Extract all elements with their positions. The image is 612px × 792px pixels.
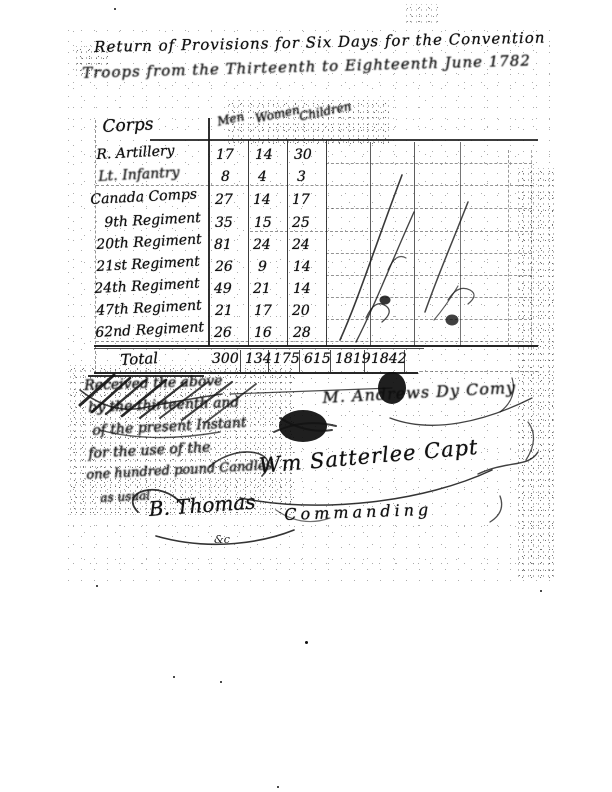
diagonal-ink-strokes <box>330 150 530 350</box>
signature-ink-flourishes <box>60 360 560 560</box>
cell-women: 21 <box>253 281 271 297</box>
cell-men: 8 <box>221 169 230 185</box>
cell-children: 14 <box>293 259 311 275</box>
table-vline-4 <box>326 140 327 346</box>
table-vline-2 <box>248 140 249 346</box>
cell-women: 14 <box>253 192 271 208</box>
cell-women: 14 <box>255 147 273 163</box>
scanned-document-page: Return of Provisions for Six Days for th… <box>0 0 612 792</box>
cell-men: 27 <box>215 192 233 208</box>
corps-name: 47th Regiment <box>96 297 202 318</box>
corps-name: R. Artillery <box>96 143 175 163</box>
cell-women: 15 <box>254 215 272 231</box>
cell-men: 17 <box>216 147 234 163</box>
cell-men: 26 <box>215 259 233 275</box>
cell-children: 28 <box>293 325 311 341</box>
cell-children: 14 <box>293 281 311 297</box>
corps-name: Lt. Infantry <box>98 165 180 185</box>
cell-children: 17 <box>292 192 310 208</box>
cell-women: 16 <box>254 325 272 341</box>
scan-speck <box>305 641 308 644</box>
cell-men: 81 <box>214 237 232 253</box>
table-col-header-children: Children <box>298 99 353 124</box>
cell-men: 21 <box>215 303 233 319</box>
scan-speck <box>540 590 542 592</box>
scan-speck <box>96 585 98 587</box>
corps-name: 24th Regiment <box>94 275 200 296</box>
cell-men: 26 <box>214 325 232 341</box>
table-corps-header: Corps <box>102 114 154 137</box>
scan-speck <box>277 786 279 788</box>
cell-children: 30 <box>294 147 312 163</box>
table-vline-9 <box>531 150 532 350</box>
cell-children: 25 <box>292 215 310 231</box>
corps-name: 62nd Regiment <box>95 319 204 341</box>
cell-women: 4 <box>258 169 267 185</box>
cell-men: 35 <box>215 215 233 231</box>
cell-women: 17 <box>254 303 272 319</box>
scan-noise-top-right <box>406 4 440 26</box>
cell-women: 24 <box>253 237 271 253</box>
cell-children: 20 <box>292 303 310 319</box>
cell-women: 9 <box>258 259 267 275</box>
document-title-line1: Return of Provisions for Six Days for th… <box>94 29 546 56</box>
cell-men: 49 <box>214 281 232 297</box>
table-vline-3 <box>287 140 288 346</box>
cell-children: 3 <box>297 169 306 185</box>
corps-name: 20th Regiment <box>96 231 202 252</box>
corps-name: 21st Regiment <box>96 254 200 275</box>
table-col-header-women: Women <box>254 103 301 126</box>
table-vline-1 <box>208 118 210 346</box>
cell-children: 24 <box>292 237 310 253</box>
scan-speck <box>220 681 222 683</box>
scan-speck <box>173 676 175 678</box>
scan-speck <box>114 8 116 10</box>
table-col-header-men: Men <box>216 109 245 128</box>
document-title-line2: Troops from the Thirteenth to Eighteenth… <box>82 51 531 82</box>
corps-name: Canada Comps <box>90 186 197 208</box>
corps-name: 9th Regiment <box>104 210 201 231</box>
